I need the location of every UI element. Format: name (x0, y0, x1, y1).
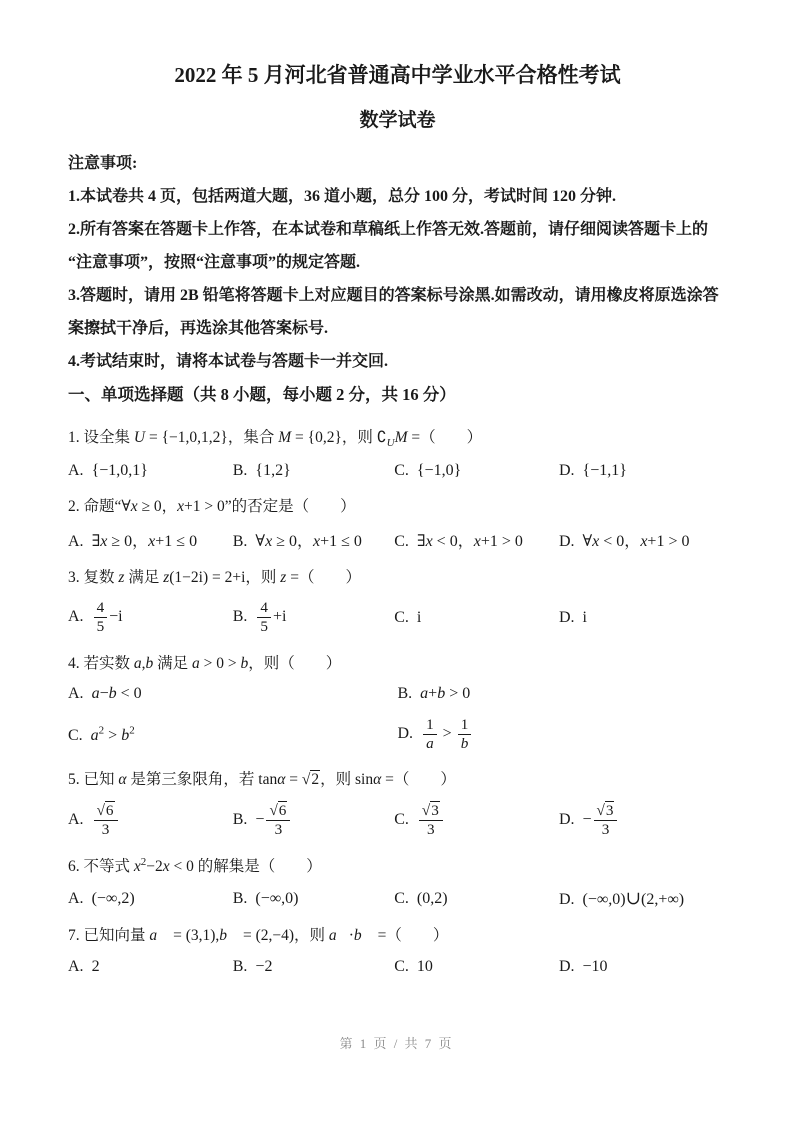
notice-item: 4.考试结束时，请将本试卷与答题卡一并交回. (68, 345, 727, 378)
option-value: −2 (255, 958, 272, 975)
option-value: 1a > 1b (421, 725, 473, 742)
question-text: 若实数 a,b 满足 a > 0 > b，则（ ） (84, 655, 342, 672)
option-value: {1,2} (255, 462, 290, 479)
option-value: −√33 (583, 811, 620, 828)
option-d: D.(−∞,0)∪(2,+∞) (559, 888, 727, 909)
option-label: D. (559, 958, 575, 975)
option-c: C.∃x < 0，x+1 > 0 (394, 528, 559, 551)
option-label: B. (233, 958, 248, 975)
option-value: {−1,0} (417, 462, 461, 479)
option-label: A. (68, 958, 84, 975)
option-value: (−∞,0)∪(2,+∞) (583, 891, 685, 908)
option-a: A.√63 (68, 802, 233, 839)
question-number: 5. (68, 771, 80, 788)
page-footer: 第 1 页 / 共 7 页 (0, 1033, 793, 1052)
option-value: a2 > b2 (91, 727, 135, 744)
option-label: A. (68, 608, 84, 625)
option-label: A. (68, 890, 84, 907)
notices-heading: 注意事项: (68, 147, 727, 180)
question-number: 7. (68, 927, 80, 944)
option-b: B.{1,2} (233, 462, 394, 480)
option-value: {−1,0,1} (92, 462, 148, 479)
question-text: 已知 α 是第三象限角，若 tanα = √2，则 sinα =（ ） (84, 770, 456, 788)
option-value: ∀x ≥ 0，x+1 ≤ 0 (255, 533, 361, 550)
options-row: A.∃x ≥ 0，x+1 ≤ 0 B.∀x ≥ 0，x+1 ≤ 0 C.∃x <… (68, 528, 727, 551)
option-c: C.{−1,0} (394, 462, 559, 480)
option-label: B. (398, 685, 413, 702)
option-b: B.45+i (233, 599, 394, 636)
option-value: −√63 (255, 811, 292, 828)
option-value: a+b > 0 (420, 685, 470, 702)
option-a: A.45−i (68, 599, 233, 636)
question-text: 复数 z 满足 z(1−2i) = 2+i，则 z =（ ） (84, 569, 361, 586)
question-number: 6. (68, 858, 80, 875)
option-c: C.(0,2) (394, 890, 559, 908)
option-label: B. (233, 890, 248, 907)
question-text: 不等式 x2−2x < 0 的解集是（ ） (84, 858, 322, 875)
question-text: 设全集 U = {−1,0,1,2}，集合 M = {0,2}，则 ∁UM =（… (84, 429, 483, 446)
option-label: B. (233, 533, 248, 550)
option-label: D. (559, 811, 575, 828)
option-c: C.√33 (394, 802, 559, 839)
option-value: {−1,1} (583, 462, 627, 479)
option-label: C. (68, 727, 83, 744)
question-stem: 6. 不等式 x2−2x < 0 的解集是（ ） (68, 854, 727, 878)
option-a: A.2 (68, 958, 233, 976)
option-d: D.i (559, 609, 727, 627)
option-a: A.∃x ≥ 0，x+1 ≤ 0 (68, 528, 233, 551)
option-b: B.∀x ≥ 0，x+1 ≤ 0 (233, 528, 394, 551)
option-value: i (583, 609, 587, 626)
question-number: 2. (68, 498, 80, 515)
option-b: B.−√63 (233, 802, 394, 839)
option-c: C.i (394, 609, 559, 627)
option-value: a−b < 0 (92, 685, 142, 702)
option-value: √33 (417, 811, 445, 828)
options-row: A.2 B.−2 C.10 D.−10 (68, 958, 727, 976)
page-subtitle: 数学试卷 (68, 109, 727, 134)
option-a: A.(−∞,2) (68, 890, 233, 908)
option-b: B.−2 (233, 958, 394, 976)
option-value: ∀x < 0，x+1 > 0 (583, 533, 690, 550)
option-d: D.∀x < 0，x+1 > 0 (559, 528, 727, 551)
question-number: 1. (68, 429, 80, 446)
option-b: B.(−∞,0) (233, 890, 394, 908)
question-stem: 4. 若实数 a,b 满足 a > 0 > b，则（ ） (68, 652, 727, 675)
option-label: C. (394, 958, 409, 975)
option-label: C. (394, 890, 409, 907)
question-stem: 7. 已知向量 a⃗ = (3,1),b⃗ = (2,−4)，则 a⃗·b⃗ =… (68, 924, 727, 947)
option-label: A. (68, 462, 84, 479)
option-value: ∃x < 0，x+1 > 0 (417, 533, 523, 550)
option-label: B. (233, 811, 248, 828)
option-value: (−∞,2) (92, 890, 135, 907)
option-value: 10 (417, 958, 433, 975)
notice-item: 3.答题时，请用 2B 铅笔将答题卡上对应题目的答案标号涂黑.如需改动，请用橡皮… (68, 279, 727, 345)
question-stem: 1. 设全集 U = {−1,0,1,2}，集合 M = {0,2}，则 ∁UM… (68, 426, 727, 452)
option-value: (0,2) (417, 890, 448, 907)
option-label: D. (559, 609, 575, 626)
option-label: B. (233, 462, 248, 479)
option-a: A.a−b < 0 (68, 685, 398, 703)
exam-page: 2022 年 5 月河北省普通高中学业水平合格性考试 数学试卷 注意事项: 1.… (0, 0, 793, 1122)
option-d: D.{−1,1} (559, 462, 727, 480)
option-label: C. (394, 811, 409, 828)
option-label: C. (394, 533, 409, 550)
option-label: A. (68, 811, 84, 828)
question-6: 6. 不等式 x2−2x < 0 的解集是（ ） A.(−∞,2) B.(−∞,… (68, 854, 727, 909)
notices-block: 注意事项: 1.本试卷共 4 页，包括两道大题，36 道小题，总分 100 分，… (68, 147, 727, 411)
question-stem: 3. 复数 z 满足 z(1−2i) = 2+i，则 z =（ ） (68, 566, 727, 589)
question-stem: 2. 命题“∀x ≥ 0，x+1 > 0”的否定是（ ） (68, 495, 727, 518)
option-value: 45+i (255, 608, 286, 625)
option-label: D. (559, 891, 575, 908)
option-label: D. (559, 533, 575, 550)
question-7: 7. 已知向量 a⃗ = (3,1),b⃗ = (2,−4)，则 a⃗·b⃗ =… (68, 924, 727, 975)
option-value: 2 (92, 958, 100, 975)
option-value: −10 (583, 958, 608, 975)
question-4: 4. 若实数 a,b 满足 a > 0 > b，则（ ） A.a−b < 0 B… (68, 652, 727, 754)
options-row: A.(−∞,2) B.(−∞,0) C.(0,2) D.(−∞,0)∪(2,+∞… (68, 888, 727, 909)
question-1: 1. 设全集 U = {−1,0,1,2}，集合 M = {0,2}，则 ∁UM… (68, 426, 727, 480)
question-5: 5. 已知 α 是第三象限角，若 tanα = √2，则 sinα =（ ） A… (68, 768, 727, 839)
question-stem: 5. 已知 α 是第三象限角，若 tanα = √2，则 sinα =（ ） (68, 768, 727, 791)
question-2: 2. 命题“∀x ≥ 0，x+1 > 0”的否定是（ ） A.∃x ≥ 0，x+… (68, 495, 727, 551)
options-grid: A.a−b < 0 B.a+b > 0 C.a2 > b2 D.1a > 1b (68, 685, 727, 753)
option-label: C. (394, 609, 409, 626)
option-label: C. (394, 462, 409, 479)
option-value: ∃x ≥ 0，x+1 ≤ 0 (92, 533, 198, 550)
notice-item: 1.本试卷共 4 页，包括两道大题，36 道小题，总分 100 分，考试时间 1… (68, 180, 727, 213)
question-number: 3. (68, 569, 80, 586)
notice-item: 2.所有答案在答题卡上作答，在本试卷和草稿纸上作答无效.答题前，请仔细阅读答题卡… (68, 213, 727, 279)
question-number: 4. (68, 655, 80, 672)
option-label: D. (398, 725, 414, 742)
option-d: D.−10 (559, 958, 727, 976)
option-label: D. (559, 462, 575, 479)
option-a: A.{−1,0,1} (68, 462, 233, 480)
option-label: A. (68, 533, 84, 550)
question-3: 3. 复数 z 满足 z(1−2i) = 2+i，则 z =（ ） A.45−i… (68, 566, 727, 637)
question-text: 已知向量 a⃗ = (3,1),b⃗ = (2,−4)，则 a⃗·b⃗ =（ ） (84, 927, 449, 944)
options-row: A.45−i B.45+i C.i D.i (68, 599, 727, 636)
option-d: D.1a > 1b (398, 716, 728, 753)
option-value: √63 (92, 811, 120, 828)
option-c: C.a2 > b2 (68, 724, 398, 744)
section-heading: 一、单项选择题（共 8 小题，每小题 2 分，共 16 分） (68, 378, 727, 411)
option-b: B.a+b > 0 (398, 685, 728, 703)
option-value: (−∞,0) (255, 890, 298, 907)
page-title: 2022 年 5 月河北省普通高中学业水平合格性考试 (68, 62, 727, 89)
options-row: A.√63 B.−√63 C.√33 D.−√33 (68, 802, 727, 839)
option-value: i (417, 609, 421, 626)
options-row: A.{−1,0,1} B.{1,2} C.{−1,0} D.{−1,1} (68, 462, 727, 480)
option-d: D.−√33 (559, 802, 727, 839)
option-c: C.10 (394, 958, 559, 976)
question-text: 命题“∀x ≥ 0，x+1 > 0”的否定是（ ） (84, 498, 356, 515)
option-label: B. (233, 608, 248, 625)
option-value: 45−i (92, 608, 123, 625)
option-label: A. (68, 685, 84, 702)
